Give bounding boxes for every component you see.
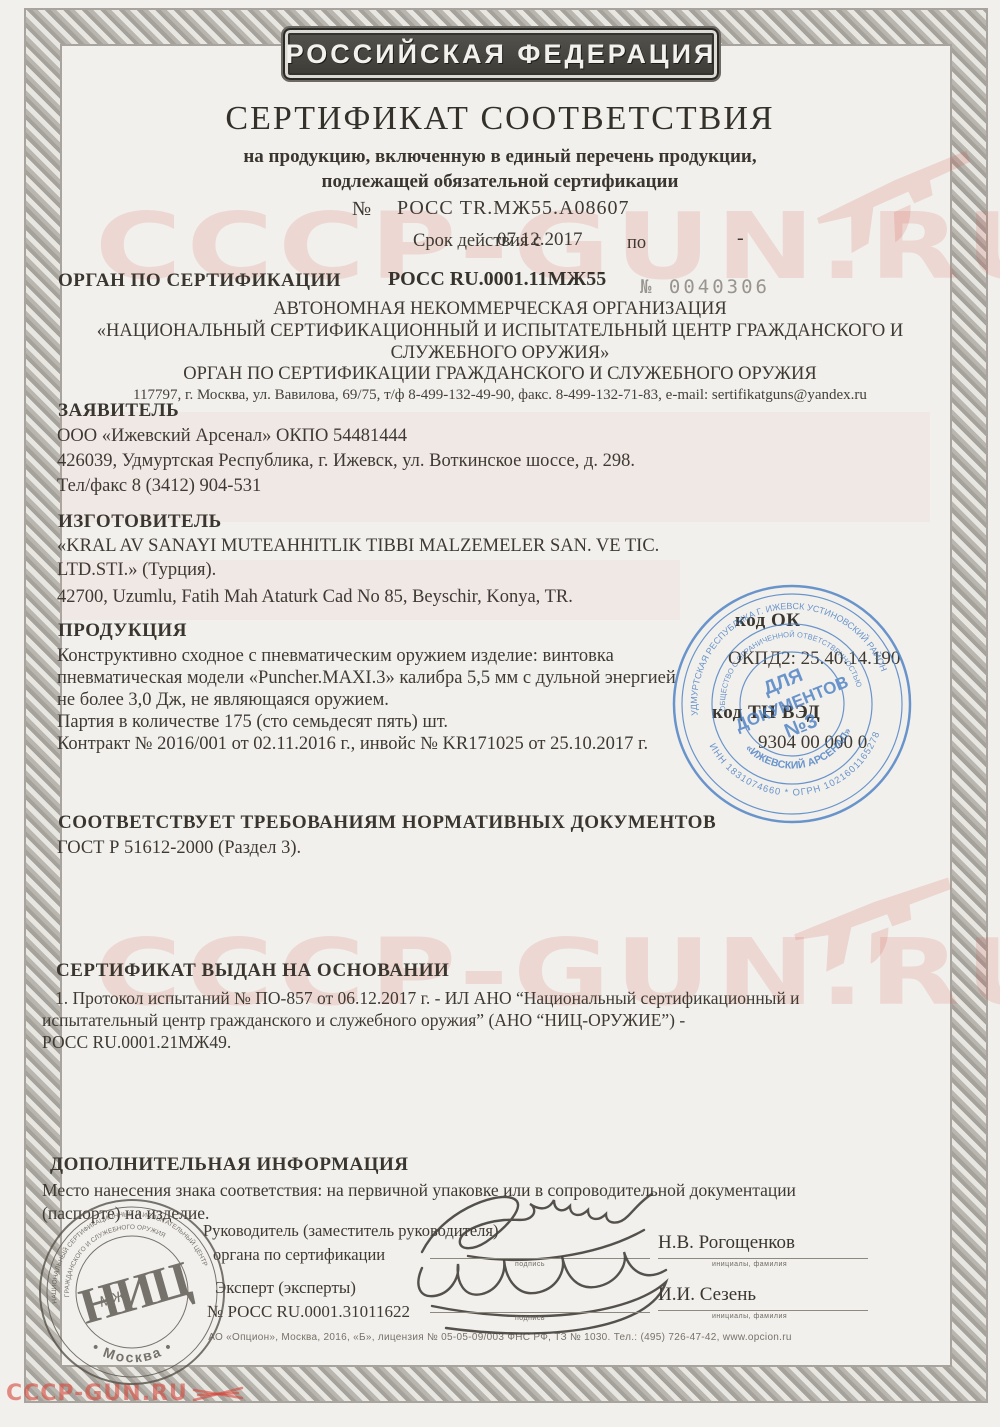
nic-round-stamp: НАЦИОНАЛЬНЫЙ СЕРТИФИКАЦИОННЫЙ И ИСПЫТАТЕ…	[16, 1176, 248, 1408]
manufacturer-line-1: «KRAL AV SANAYI MUTEAHHITLIK TIBBI MALZE…	[57, 536, 659, 557]
head-name-caption: инициалы, фамилия	[712, 1261, 787, 1268]
expert-name-caption: инициалы, фамилия	[712, 1313, 787, 1320]
applicant-label: ЗАЯВИТЕЛЬ	[58, 400, 179, 422]
certificate-subtitle-1: на продукцию, включенную в единый перече…	[0, 146, 1000, 168]
product-line-5: Контракт № 2016/001 от 02.11.2016 г., ин…	[57, 734, 648, 755]
validity-to-label: по	[627, 233, 646, 254]
certificate-title: СЕРТИФИКАТ СООТВЕТСТВИЯ	[0, 100, 1000, 138]
product-line-3: не более 3,0 Дж, не являющаяся оружием.	[57, 690, 389, 711]
cert-body-label: ОРГАН ПО СЕРТИФИКАЦИИ	[58, 270, 341, 292]
expert-name-line	[658, 1310, 868, 1311]
certificate-number-value: РОСС TR.МЖ55.А08607	[397, 197, 629, 220]
expert-role: Эксперт (эксперты)	[215, 1278, 356, 1298]
certificate-number-label: №	[352, 198, 371, 221]
basis-label: СЕРТИФИКАТ ВЫДАН НА ОСНОВАНИИ	[56, 960, 449, 982]
basis-line-3: РОСС RU.0001.21МЖ49.	[42, 1032, 231, 1053]
basis-line-2: испытательный центр гражданского и служе…	[42, 1010, 685, 1031]
certificate-subtitle-2: подлежащей обязательной сертификации	[0, 171, 1000, 193]
head-name-line	[658, 1258, 868, 1259]
head-name: Н.В. Рогощенков	[658, 1232, 795, 1254]
crossed-guns-icon	[192, 1382, 246, 1406]
additional-label: ДОПОЛНИТЕЛЬНАЯ ИНФОРМАЦИЯ	[50, 1154, 409, 1176]
expert-signature-line	[430, 1312, 650, 1313]
product-line-2: пневматическая модели «Puncher.MAXI.3» к…	[57, 668, 676, 689]
country-banner-text: РОССИЙСКАЯ ФЕДЕРАЦИЯ	[286, 39, 717, 70]
applicant-line-2: 426039, Удмуртская Республика, г. Ижевск…	[57, 451, 635, 472]
org-line-3: СЛУЖЕБНОГО ОРУЖИЯ»	[0, 343, 1000, 364]
basis-line-1: 1. Протокол испытаний № ПО-857 от 06.12.…	[55, 988, 800, 1009]
org-line-2: «НАЦИОНАЛЬНЫЙ СЕРТИФИКАЦИОННЫЙ И ИСПЫТАТ…	[0, 321, 1000, 342]
org-line-4: ОРГАН ПО СЕРТИФИКАЦИИ ГРАЖДАНСКОГО И СЛУ…	[0, 364, 1000, 385]
blue-round-stamp: УДМУРТСКАЯ РЕСПУБЛИКА Г. ИЖЕВСК УСТИНОВС…	[647, 559, 936, 848]
head-role-line-2: органа по сертификации	[213, 1245, 385, 1265]
manufacturer-line-3: 42700, Uzumlu, Fatih Mah Ataturk Cad No …	[57, 587, 573, 608]
manufacturer-line-2: LTD.STI.» (Турция).	[57, 560, 216, 581]
validity-to-value: -	[737, 227, 744, 250]
manufacturer-label: ИЗГОТОВИТЕЛЬ	[58, 511, 222, 533]
certificate-page: CCCP-GUN.RU CCCP-GUN.RU РОССИЙСКАЯ ФЕДЕР…	[0, 0, 1000, 1427]
product-line-1: Конструктивно сходное с пневматическим о…	[57, 646, 614, 667]
svg-text:• Москва •: • Москва •	[87, 1326, 177, 1374]
expert-signature-caption: подпись	[515, 1315, 545, 1322]
product-label: ПРОДУКЦИЯ	[58, 620, 187, 642]
cert-body-code: РОСС RU.0001.11МЖ55	[388, 268, 606, 291]
expert-signature	[398, 1242, 678, 1338]
nic-stamp-monogram: НИЦ	[73, 1250, 197, 1335]
product-line-4: Партия в количестве 175 (сто семьдесят п…	[57, 712, 448, 733]
compliance-value: ГОСТ Р 51612-2000 (Раздел 3).	[57, 838, 301, 859]
org-line-1: АВТОНОМНАЯ НЕКОММЕРЧЕСКАЯ ОРГАНИЗАЦИЯ	[0, 299, 1000, 320]
validity-from: 07.12.2017	[497, 229, 583, 251]
compliance-label: СООТВЕТСТВУЕТ ТРЕБОВАНИЯМ НОРМАТИВНЫХ ДО…	[58, 812, 716, 834]
blank-serial-number: № 0040306	[640, 276, 770, 298]
nic-stamp-city: • Москва •	[87, 1326, 177, 1374]
country-banner: РОССИЙСКАЯ ФЕДЕРАЦИЯ	[283, 28, 719, 80]
applicant-line-3: Тел/факс 8 (3412) 904-531	[57, 476, 261, 497]
applicant-line-1: ООО «Ижевский Арсенал» ОКПО 54481444	[57, 426, 407, 447]
